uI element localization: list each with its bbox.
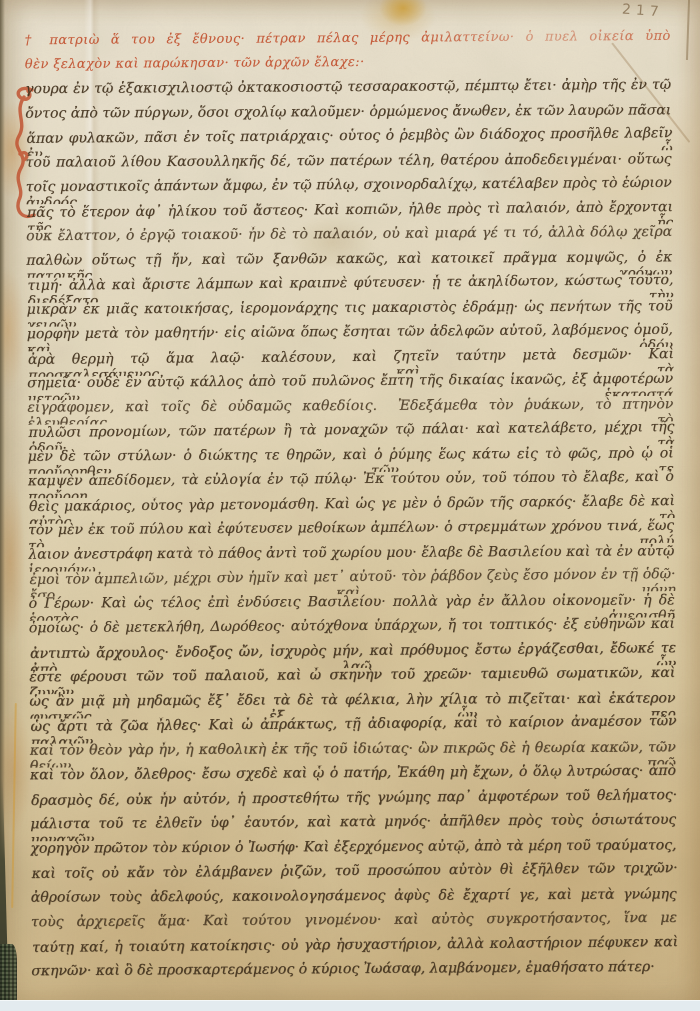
binding-cloth-patch — [0, 944, 17, 1004]
folio-number: 217 — [622, 2, 665, 21]
text-line: σημεῖα· οὐδὲ ἓν αὐτῷ κάλλος ἀπὸ τοῦ πυλῶ… — [27, 371, 673, 400]
text-line: οὐκ ἔλαττον, ὁ ἐργῷ τοιακοῦ· ἦν δὲ τὸ πα… — [26, 224, 672, 253]
scanner-background-strip — [0, 1000, 700, 1011]
left-margin-crease — [11, 703, 17, 908]
text-line: τὸν μὲν ἐκ τοῦ πύλου καὶ ἐφύτευσεν μεθοί… — [28, 518, 674, 547]
text-line: γουρα ἐν τῷ ἑξακισχιλιοστῷ ὀκτακοσιοστῷ … — [25, 77, 671, 106]
top-right-page-edge — [686, 0, 690, 60]
rubric-heading: † πατριὼ ἅ του ἐξ ἔθνους· πέτραν πέλας μ… — [25, 29, 671, 82]
body-text: γουρα ἐν τῷ ἑξακισχιλιοστῷ ὀκτακοσιοστῷ … — [25, 77, 677, 988]
text-line: ἐστε φέρουσι τῶν τοῦ παλαιοῦ, καὶ ὦ σκην… — [29, 665, 675, 694]
text-line: σκηνῶν· καὶ ὃ δὲ προσκαρτεράμενος ὁ κύρι… — [31, 959, 677, 988]
text-line: μάλιστα τοῦ τε ἐλθεῖν ὑφ᾽ ἑαυτόν, καὶ κα… — [30, 812, 676, 841]
manuscript-text-block: † πατριὼ ἅ του ἐξ ἔθνους· πέτραν πέλας μ… — [25, 29, 678, 988]
manuscript-page: 217 † πατριὼ ἅ του ἐξ ἔθνους· πέτραν πέλ… — [0, 0, 700, 1011]
